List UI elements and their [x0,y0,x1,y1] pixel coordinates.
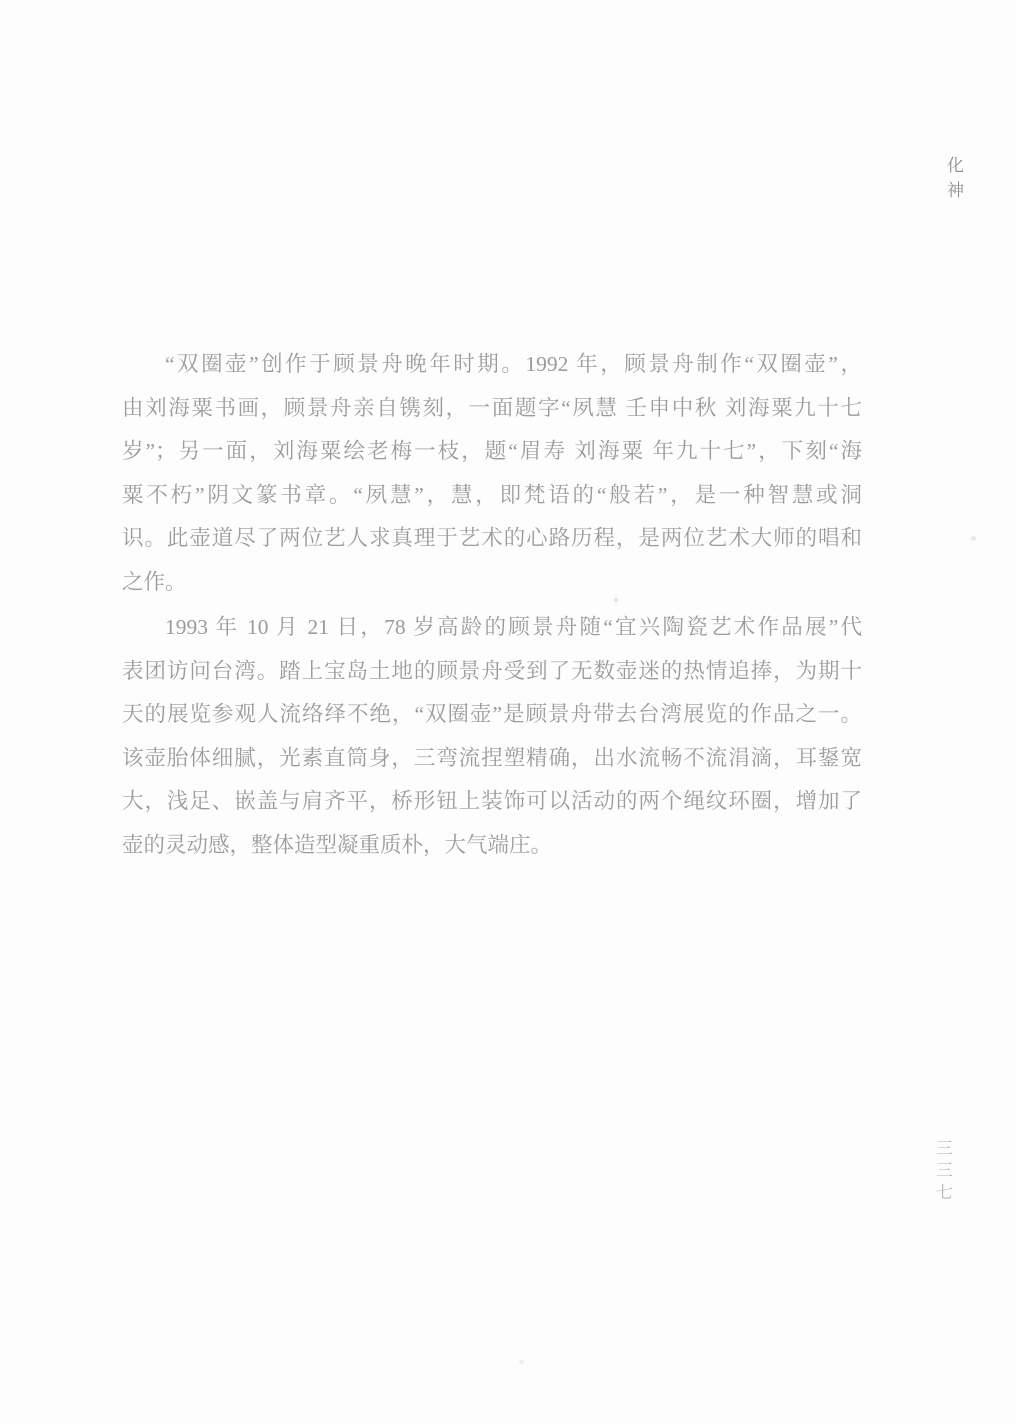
text-line: “双圈壶”创作于顾景舟晚年时期。1992 年，顾景舟制作“双圈壶”， [122,343,862,387]
page-number: 三三七 [930,1139,955,1205]
paragraph: 1993 年 10 月 21 日，78 岁高龄的顾景舟随“宜兴陶瓷艺术作品展”代… [122,606,862,867]
text-line: 由刘海粟书画，顾景舟亲自镌刻，一面题字“夙慧 壬申中秋 刘海粟九十七 [122,387,862,431]
text-line: 大，浅足、嵌盖与肩齐平，桥形钮上装饰可以活动的两个绳纹环圈，增加了 [122,780,862,824]
scan-speck [519,1360,524,1364]
text-line: 1993 年 10 月 21 日，78 岁高龄的顾景舟随“宜兴陶瓷艺术作品展”代 [122,606,862,650]
scan-speck [971,536,976,541]
text-line: 该壶胎体细腻，光素直筒身，三弯流捏塑精确，出水流畅不流涓滴，耳鋬宽 [122,737,862,781]
text-line: 壶的灵动感，整体造型凝重质朴，大气端庄。 [122,824,862,868]
paragraph: “双圈壶”创作于顾景舟晚年时期。1992 年，顾景舟制作“双圈壶”，由刘海粟书画… [122,343,862,604]
text-line: 粟不朽”阴文篆书章。“夙慧”，慧，即梵语的“般若”，是一种智慧或洞 [122,474,862,518]
book-page: 化神 “双圈壶”创作于顾景舟晚年时期。1992 年，顾景舟制作“双圈壶”，由刘海… [0,0,1016,1424]
text-line: 之作。 [122,561,862,605]
body-text: “双圈壶”创作于顾景舟晚年时期。1992 年，顾景舟制作“双圈壶”，由刘海粟书画… [122,343,862,867]
text-line: 岁”；另一面，刘海粟绘老梅一枝，题“眉寿 刘海粟 年九十七”，下刻“海 [122,430,862,474]
scan-speck [614,598,618,602]
text-line: 天的展览参观人流络绎不绝，“双圈壶”是顾景舟带去台湾展览的作品之一。 [122,693,862,737]
text-line: 识。此壶道尽了两位艺人求真理于艺术的心路历程，是两位艺术大师的唱和 [122,517,862,561]
margin-title: 化神 [941,156,966,206]
text-line: 表团访问台湾。踏上宝岛土地的顾景舟受到了无数壶迷的热情追捧，为期十 [122,650,862,694]
